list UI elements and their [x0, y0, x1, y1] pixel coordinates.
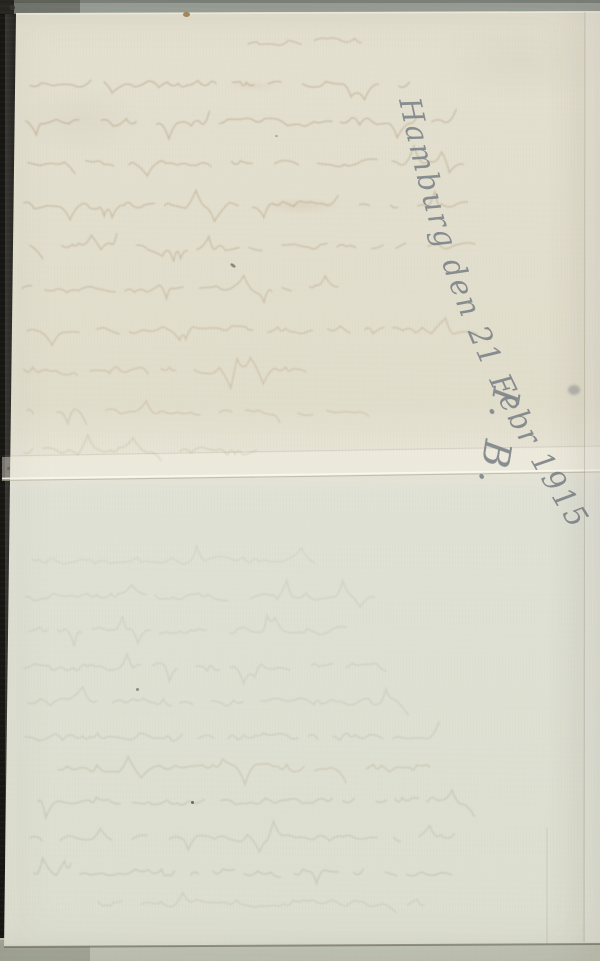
- backdrop-corner: [0, 0, 14, 15]
- scan-canvas: Hamburg den 21 Febr 1915 I. B.: [0, 0, 600, 961]
- backdrop-top-edge: [0, 0, 600, 3]
- underpage-right-strip: [585, 12, 600, 942]
- scanned-letter-page: Hamburg den 21 Febr 1915 I. B.: [0, 0, 600, 961]
